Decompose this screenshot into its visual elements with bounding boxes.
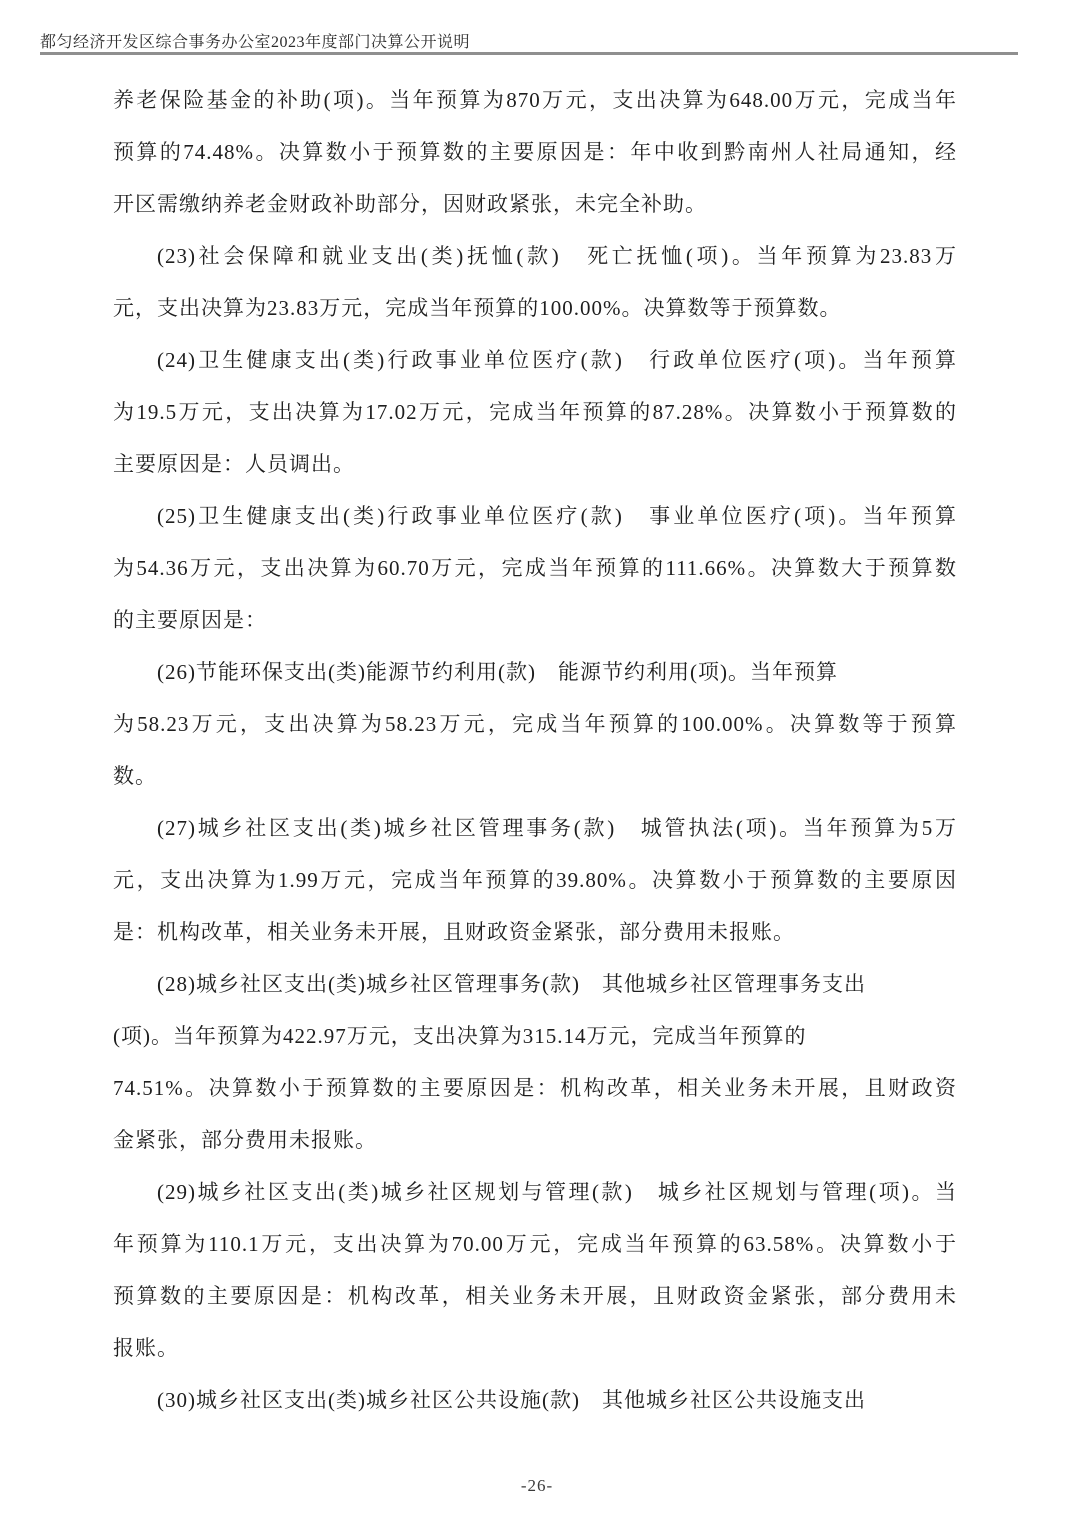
text-line: 元，支出决算为23.83万元，完成当年预算的100.00%。决算数等于预算数。 [113,282,957,334]
para-item-23: (23)社会保障和就业支出(类)抚恤(款) 死亡抚恤(项)。当年预算为23.83… [113,230,957,334]
text-line: 主要原因是：人员调出。 [113,438,957,490]
text-line: (23)社会保障和就业支出(类)抚恤(款) 死亡抚恤(项)。当年预算为23.83… [113,230,957,282]
text-line: (27)城乡社区支出(类)城乡社区管理事务(款) 城管执法(项)。当年预算为5万 [113,802,957,854]
text-line: 为19.5万元，支出决算为17.02万元，完成当年预算的87.28%。决算数小于… [113,386,957,438]
para-item-26: (26)节能环保支出(类)能源节约利用(款) 能源节约利用(项)。当年预算为58… [113,646,957,802]
text-line: 养老保险基金的补助(项)。当年预算为870万元，支出决算为648.00万元，完成… [113,74,957,126]
text-line: 74.51%。决算数小于预算数的主要原因是：机构改革，相关业务未开展，且财政资 [113,1062,957,1114]
text-line: 报账。 [113,1322,957,1374]
text-line: (28)城乡社区支出(类)城乡社区管理事务(款) 其他城乡社区管理事务支出 [113,958,957,1010]
text-line: 开区需缴纳养老金财政补助部分，因财政紧张，未完全补助。 [113,178,957,230]
text-line: 金紧张，部分费用未报账。 [113,1114,957,1166]
text-line: (30)城乡社区支出(类)城乡社区公共设施(款) 其他城乡社区公共设施支出 [113,1374,957,1426]
text-line: 是：机构改革，相关业务未开展，且财政资金紧张，部分费用未报账。 [113,906,957,958]
para-item-30: (30)城乡社区支出(类)城乡社区公共设施(款) 其他城乡社区公共设施支出 [113,1374,957,1426]
text-line: 数。 [113,750,957,802]
text-line: 为54.36万元，支出决算为60.70万元，完成当年预算的111.66%。决算数… [113,542,957,594]
text-line: 年预算为110.1万元，支出决算为70.00万元，完成当年预算的63.58%。决… [113,1218,957,1270]
text-line: (25)卫生健康支出(类)行政事业单位医疗(款) 事业单位医疗(项)。当年预算 [113,490,957,542]
para-item-29: (29)城乡社区支出(类)城乡社区规划与管理(款) 城乡社区规划与管理(项)。当… [113,1166,957,1374]
document-body: 养老保险基金的补助(项)。当年预算为870万元，支出决算为648.00万元，完成… [113,74,957,1426]
para-item-28: (28)城乡社区支出(类)城乡社区管理事务(款) 其他城乡社区管理事务支出(项)… [113,958,957,1166]
text-line: (项)。当年预算为422.97万元，支出决算为315.14万元，完成当年预算的 [113,1010,957,1062]
document-header-title: 都匀经济开发区综合事务办公室2023年度部门决算公开说明 [40,29,470,52]
para-item-25: (25)卫生健康支出(类)行政事业单位医疗(款) 事业单位医疗(项)。当年预算为… [113,490,957,646]
text-line: (24)卫生健康支出(类)行政事业单位医疗(款) 行政单位医疗(项)。当年预算 [113,334,957,386]
text-line: 元，支出决算为1.99万元，完成当年预算的39.80%。决算数小于预算数的主要原… [113,854,957,906]
header-rule-divider [40,52,1018,55]
text-line: 预算的74.48%。决算数小于预算数的主要原因是：年中收到黔南州人社局通知，经 [113,126,957,178]
para-item-24: (24)卫生健康支出(类)行政事业单位医疗(款) 行政单位医疗(项)。当年预算为… [113,334,957,490]
text-line: 为58.23万元，支出决算为58.23万元，完成当年预算的100.00%。决算数… [113,698,957,750]
para-pension-fund-subsidy-continued: 养老保险基金的补助(项)。当年预算为870万元，支出决算为648.00万元，完成… [113,74,957,230]
text-line: (26)节能环保支出(类)能源节约利用(款) 能源节约利用(项)。当年预算 [113,646,957,698]
para-item-27: (27)城乡社区支出(类)城乡社区管理事务(款) 城管执法(项)。当年预算为5万… [113,802,957,958]
document-page: 都匀经济开发区综合事务办公室2023年度部门决算公开说明 养老保险基金的补助(项… [0,0,1074,1520]
page-number: -26- [0,1476,1074,1496]
text-line: 预算数的主要原因是：机构改革，相关业务未开展，且财政资金紧张，部分费用未 [113,1270,957,1322]
text-line: 的主要原因是： [113,594,957,646]
text-line: (29)城乡社区支出(类)城乡社区规划与管理(款) 城乡社区规划与管理(项)。当 [113,1166,957,1218]
